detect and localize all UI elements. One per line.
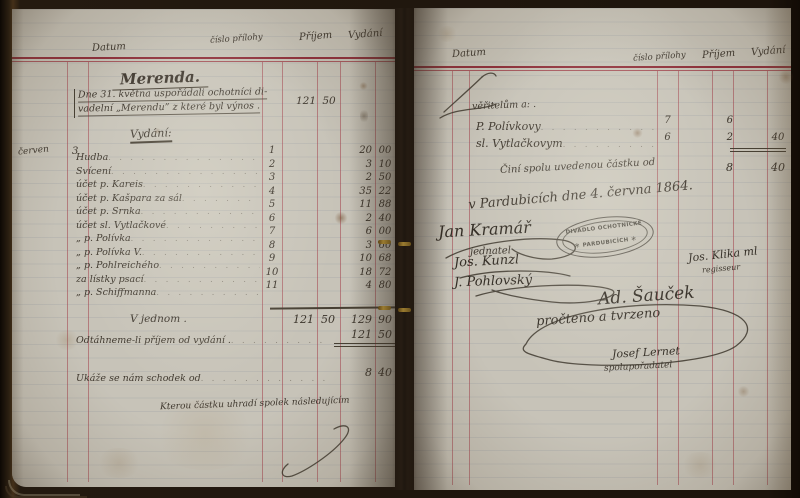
table-row: Svícení2310 bbox=[76, 159, 395, 172]
sum-row: Činí spolu uvedenou částku od 8 40 bbox=[476, 161, 791, 174]
right-header-rule bbox=[414, 66, 791, 68]
creditor-no: 7 bbox=[657, 115, 678, 126]
table-row: účet p. Srnka51188 bbox=[76, 199, 395, 212]
table-row: účet p. Kareis3250 bbox=[76, 172, 395, 185]
total-label: V jednom . bbox=[130, 313, 187, 325]
left-page: Datum číslo přílohy Příjem Vydání Merend… bbox=[12, 9, 395, 487]
signature-regisseur-role: regisseur bbox=[702, 262, 741, 274]
right-header-prijem: Příjem bbox=[702, 48, 736, 61]
deficit-zl: 8 bbox=[338, 366, 372, 379]
total-vydani-kr: 90 bbox=[375, 313, 395, 326]
deficit-kr: 40 bbox=[375, 366, 395, 379]
creditors-heading: věřitelům a: . bbox=[472, 99, 536, 112]
intro-value-zl: 121 bbox=[288, 95, 316, 107]
intro-value-kr: 50 bbox=[319, 95, 339, 107]
binding-stitch bbox=[398, 308, 411, 312]
item-zl: 20 bbox=[338, 145, 372, 156]
sum-kr: 40 bbox=[768, 161, 788, 174]
left-vrule-1 bbox=[67, 62, 68, 482]
sum-label: Činí spolu uvedenou částku od bbox=[500, 157, 656, 176]
left-header-vydani: Vydání bbox=[348, 28, 383, 41]
flourish-swirl bbox=[270, 421, 362, 483]
section-heading-vydani: Vydání: bbox=[130, 126, 172, 143]
item-kr: 00 bbox=[375, 145, 395, 156]
creditor-zl: 6 bbox=[701, 115, 733, 126]
creditor-row: P. Polívkovy 7 6 bbox=[476, 115, 791, 128]
theatre-society-stamp: DIVADLO OCHOTNICKÉ ＊ PARDUBICÍCH ＊ bbox=[554, 211, 656, 263]
total-row: V jednom . 121 50 129 90 bbox=[76, 313, 395, 326]
item-no: 1 bbox=[260, 145, 284, 156]
margin-month: červen bbox=[18, 144, 50, 157]
left-header-rule-2 bbox=[12, 61, 395, 62]
leader-dots bbox=[156, 280, 260, 299]
left-header-cislo-prilohy: číslo přílohy bbox=[210, 32, 263, 46]
ledger-book: Datum číslo přílohy Příjem Vydání Merend… bbox=[0, 0, 800, 498]
table-row: za lístky psací101872 bbox=[76, 267, 395, 280]
total-vydani-zl: 129 bbox=[338, 313, 372, 326]
table-row: „ p. Pohlreichého91068 bbox=[76, 253, 395, 266]
page-stack-edge bbox=[5, 486, 87, 498]
footer-note: Kterou částku uhradí spolek následujícím bbox=[160, 396, 350, 413]
sum-zl: 8 bbox=[701, 161, 733, 174]
right-header-cislo-prilohy: číslo přílohy bbox=[633, 50, 686, 64]
binding-stitch bbox=[398, 242, 411, 246]
table-row: „ p. Polívka V.8360 bbox=[76, 240, 395, 253]
table-row: účet sl. Vytlačkové6240 bbox=[76, 213, 395, 226]
subtract-row: Odtáhneme-li příjem od vydání . 121 50 bbox=[76, 328, 395, 341]
right-header-vydani: Vydání bbox=[751, 45, 786, 58]
deficit-label: Ukáže se nám schodek od bbox=[76, 373, 201, 384]
binding-stitch bbox=[378, 306, 391, 310]
right-header-datum: Datum bbox=[452, 47, 487, 60]
subtract-label: Odtáhneme-li příjem od vydání . bbox=[76, 335, 231, 346]
intro-line-2: vadelní „Merendu” z které byl výnos . bbox=[78, 100, 260, 116]
table-row: Hudba12000 bbox=[76, 145, 395, 158]
left-header-datum: Datum bbox=[92, 41, 126, 54]
deficit-row: Ukáže se nám schodek od 8 40 bbox=[76, 366, 395, 379]
place-date-line: v Pardubicích dne 4. června 1864. bbox=[468, 178, 694, 213]
leader-dots bbox=[231, 328, 326, 347]
creditor-row: sl. Vytlačkovym 6 2 40 bbox=[476, 132, 791, 145]
subtract-kr: 50 bbox=[375, 328, 395, 341]
signature-regisseur: Jos. Klika ml bbox=[688, 244, 759, 264]
total-prijem-zl: 121 bbox=[282, 313, 314, 326]
right-vrule-1 bbox=[452, 71, 453, 485]
left-header-rule bbox=[12, 57, 395, 59]
leader-dots bbox=[563, 132, 654, 151]
total-prijem-kr: 50 bbox=[318, 313, 338, 326]
table-row: „ p. Schiffmanna11480 bbox=[76, 280, 395, 293]
subtract-zl: 121 bbox=[338, 328, 372, 341]
sum-rule bbox=[270, 306, 395, 309]
left-header-prijem: Příjem bbox=[299, 30, 333, 43]
table-row: účet p. Kašpara za sál43522 bbox=[76, 186, 395, 199]
binding-stitch bbox=[378, 240, 391, 244]
leader-dots bbox=[201, 366, 326, 385]
right-page: Datum číslo přílohy Příjem Vydání věřite… bbox=[414, 8, 791, 490]
table-row: „ p. Polívka7600 bbox=[76, 226, 395, 239]
